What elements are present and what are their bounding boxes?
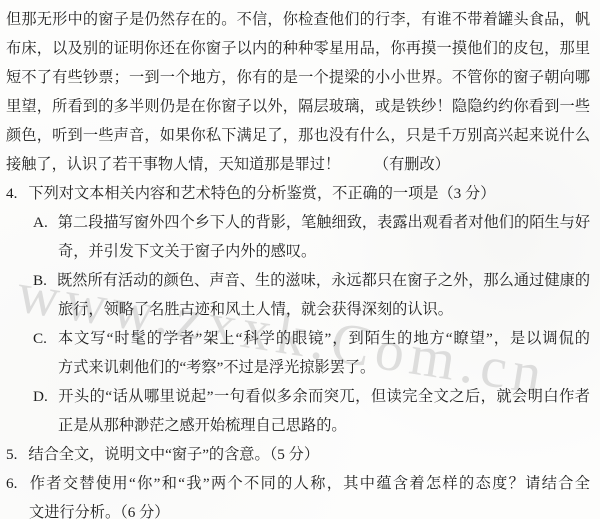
option-b-label: B.	[33, 272, 47, 289]
passage-line-text: 接触了，认识了若干事物人情，天知道那是罪过！	[6, 156, 340, 173]
option-a-line-2: 奇，并引发下文关于窗子内外的感叹。	[0, 237, 600, 266]
option-c-label: C.	[33, 330, 47, 347]
passage-line: 里望，所看到的多半则仍是在你窗子以外，隔层玻璃，或是铁纱！隐隐约约你看到一些	[0, 92, 600, 121]
passage-line: 颜色，听到一些声音，如果你私下满足了，那也没有什么，只是千万别高兴起来说什么	[0, 121, 600, 150]
option-b-line-2: 旅行，领略了名胜古迹和风土人情，就会获得深刻的认识。	[0, 295, 600, 324]
option-b-text: 既然所有活动的颜色、声音、生的滋味，永远都只在窗子之外，那么通过健康的	[57, 272, 590, 289]
passage-line: 布床，以及别的证明你还在你窗子以内的种种零星用品，你再摸一摸他们的皮包，那里	[0, 34, 600, 63]
question-6-text: 作者交替使用“你”和“我”两个不同的人称，其中蕴含着怎样的态度？请结合全	[28, 475, 590, 492]
question-4-text: 下列对文本相关内容和艺术特色的分析鉴赏，不正确的一项是（3 分）	[28, 185, 495, 202]
question-6-number: 6.	[6, 475, 17, 492]
question-6-stem-line-1: 6.作者交替使用“你”和“我”两个不同的人称，其中蕴含着怎样的态度？请结合全	[0, 469, 600, 498]
option-c-line-2: 方式来讥刺他们的“考察”不过是浮光掠影罢了。	[0, 353, 600, 382]
page-content: 但那无形中的窗子是仍然存在的。不信，你检查他们的行李，有谁不带着罐头食品，帆 布…	[0, 0, 600, 519]
option-a-label: A.	[33, 214, 48, 231]
exam-paper-scan: www.zxxk.Com.cn 但那无形中的窗子是仍然存在的。不信，你检查他们的…	[0, 0, 600, 519]
option-b-line-1: B.既然所有活动的颜色、声音、生的滋味，永远都只在窗子之外，那么通过健康的	[0, 266, 600, 295]
option-d-text: 开头的“话从哪里说起”一句看似多余而突兀，但读完全文之后，就会明白作者	[58, 388, 590, 405]
passage-line: 短不了有些钞票；一到一个地方，你有的是一个提梁的小小世界。不管你的窗子朝向哪	[0, 63, 600, 92]
question-5-text: 结合全文，说明文中“窗子”的含意。（5 分）	[28, 446, 319, 463]
option-c-line-1: C.本文写“时髦的学者”架上“科学的眼镜”，到陌生的地方“瞭望”，是以调侃的	[0, 324, 600, 353]
passage-last-line: 接触了，认识了若干事物人情，天知道那是罪过！ （有删改）	[0, 150, 600, 179]
question-4-stem: 4.下列对文本相关内容和艺术特色的分析鉴赏，不正确的一项是（3 分）	[0, 179, 600, 208]
passage-line: 但那无形中的窗子是仍然存在的。不信，你检查他们的行李，有谁不带着罐头食品，帆	[0, 5, 600, 34]
question-6-stem-line-2: 文进行分析。（6 分）	[0, 498, 600, 519]
question-4-number: 4.	[6, 185, 17, 202]
option-d-line-1: D.开头的“话从哪里说起”一句看似多余而突兀，但读完全文之后，就会明白作者	[0, 382, 600, 411]
option-d-label: D.	[33, 388, 48, 405]
passage-attribution: （有删改）	[374, 156, 450, 173]
option-a-text: 第二段描写窗外四个乡下人的背影，笔触细致，表露出观看者对他们的陌生与好	[58, 214, 590, 231]
option-c-text: 本文写“时髦的学者”架上“科学的眼镜”，到陌生的地方“瞭望”，是以调侃的	[57, 330, 590, 347]
question-5-number: 5.	[6, 446, 17, 463]
option-d-line-2: 正是从那种渺茫之感开始梳理自己思路的。	[0, 411, 600, 440]
question-5-stem: 5.结合全文，说明文中“窗子”的含意。（5 分）	[0, 440, 600, 469]
option-a-line-1: A.第二段描写窗外四个乡下人的背影，笔触细致，表露出观看者对他们的陌生与好	[0, 208, 600, 237]
